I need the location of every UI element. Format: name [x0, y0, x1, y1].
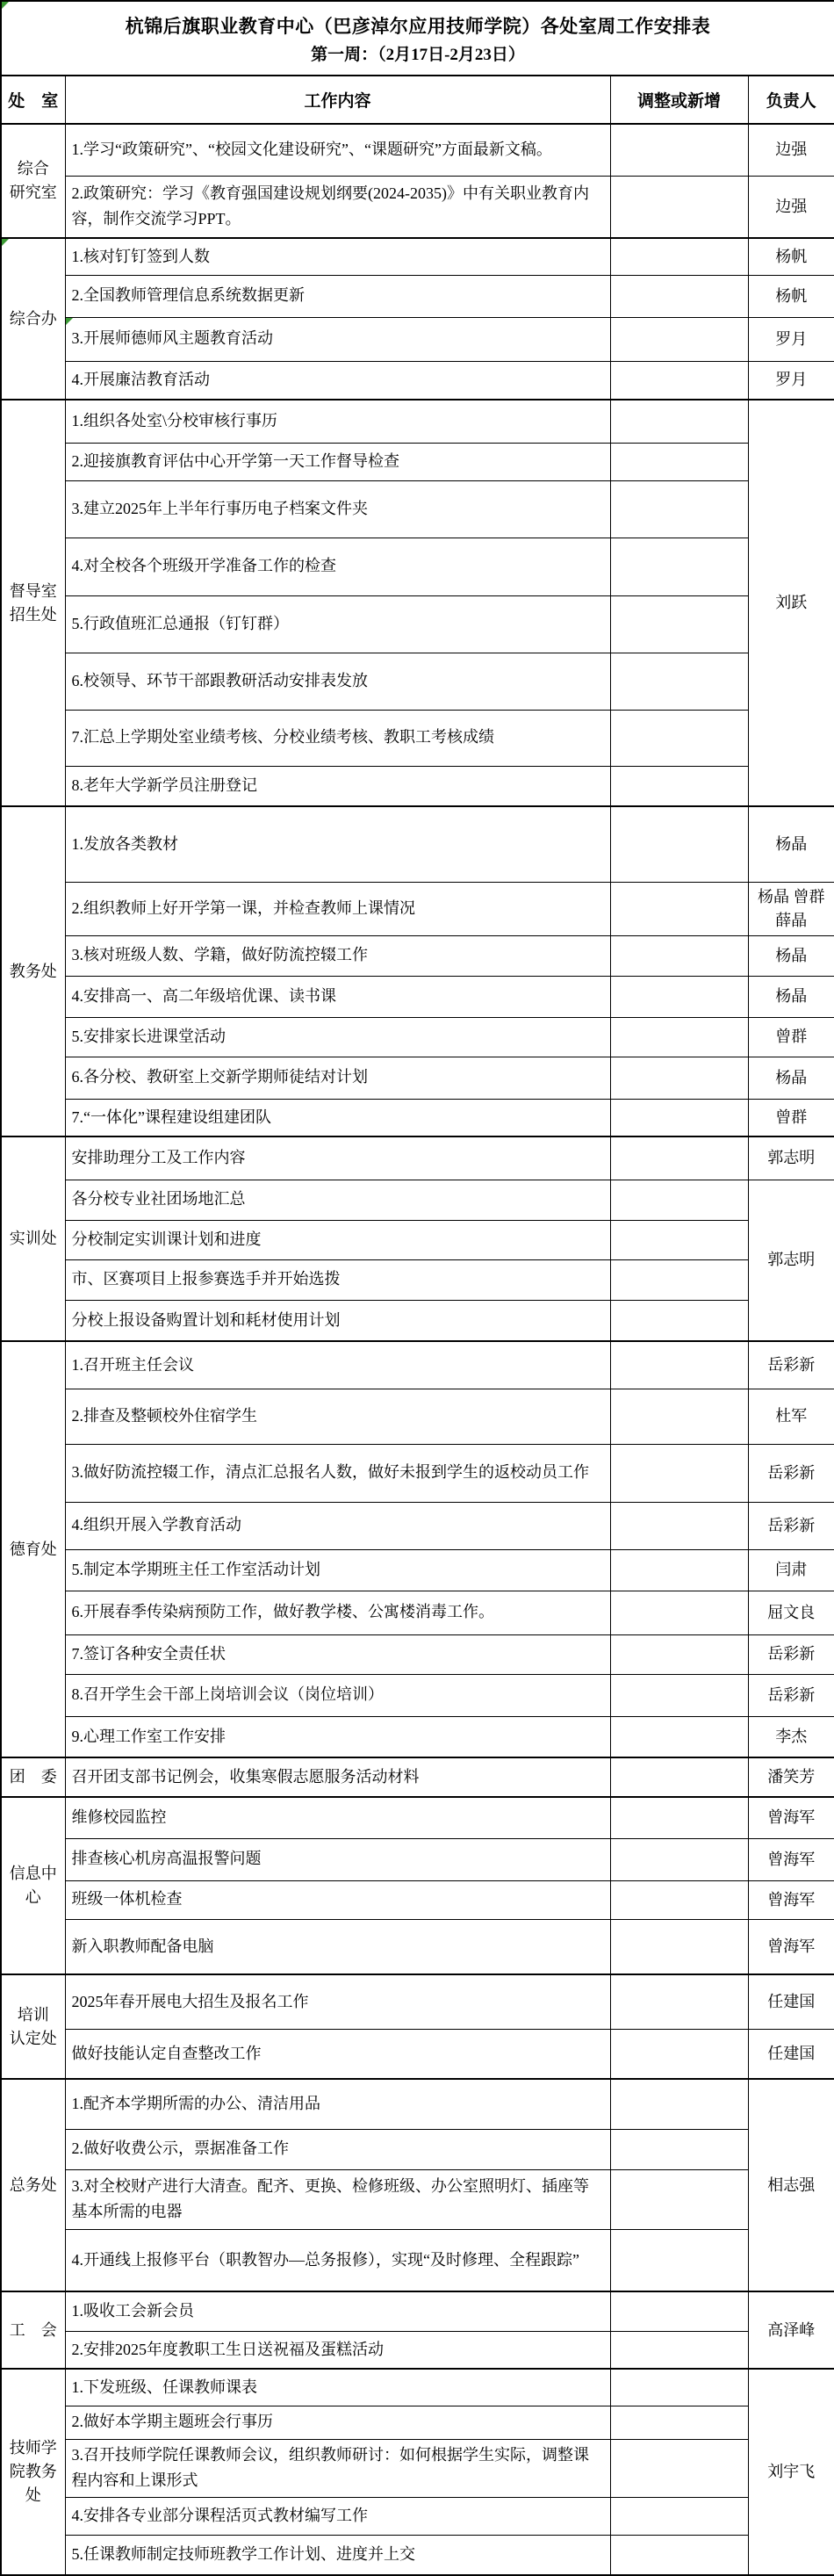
person-cell: 杨晶: [748, 935, 834, 976]
person-cell: 郭志明: [748, 1180, 834, 1341]
person-cell: 闫肃: [748, 1549, 834, 1591]
person-cell: 潘笑芳: [748, 1757, 834, 1797]
table-row: 2.迎接旗教育评估中心开学第一天工作督导检查: [1, 443, 834, 480]
person-cell: 岳彩新: [748, 1634, 834, 1674]
adjustment-cell: [610, 443, 748, 480]
adjustment-cell: [610, 2331, 748, 2369]
header-content: 工作内容: [65, 76, 610, 124]
adjustment-cell: [610, 124, 748, 176]
task-cell: 1.核对钉钉签到人数: [65, 238, 610, 275]
task-cell: 做好技能认定自查整改工作: [65, 2029, 610, 2079]
table-row: 4.开展廉洁教育活动 罗月: [1, 361, 834, 400]
table-row: 4.对全校各个班级开学准备工作的检查: [1, 538, 834, 595]
adjustment-cell: [610, 1549, 748, 1591]
adjustment-cell: [610, 976, 748, 1017]
table-row: 2.安排2025年度教职工生日送祝福及蛋糕活动: [1, 2331, 834, 2369]
adjustment-cell: [610, 1674, 748, 1716]
cell-comment-flag-icon: [2, 2, 9, 9]
person-cell: 曾群: [748, 1017, 834, 1057]
table-row: 实训处 安排助理分工及工作内容 郭志明: [1, 1136, 834, 1180]
person-cell: 李杰: [748, 1716, 834, 1757]
task-cell: 1.召开班主任会议: [65, 1341, 610, 1389]
adjustment-cell: [610, 1017, 748, 1057]
department-cell: 团 委: [1, 1757, 65, 1797]
task-cell: 分校制定实训课计划和进度: [65, 1220, 610, 1259]
table-row: 7.“一体化”课程建设组建团队 曾群: [1, 1099, 834, 1136]
table-row: 做好技能认定自查整改工作 任建国: [1, 2029, 834, 2079]
adjustment-cell: [610, 1099, 748, 1136]
table-row: 2.组织教师上好开学第一课，并检查教师上课情况 杨晶 曾群 薛晶: [1, 882, 834, 935]
person-cell: 罗月: [748, 361, 834, 400]
person-cell: 杜军: [748, 1389, 834, 1444]
table-row: 6.各分校、教研室上交新学期师徒结对计划 杨晶: [1, 1057, 834, 1099]
table-row: 3.召开技师学院任课教师会议，组织教师研讨：如何根据学生实际，调整课程内容和上课…: [1, 2439, 834, 2497]
person-cell: 杨晶: [748, 1057, 834, 1099]
adjustment-cell: [610, 1502, 748, 1549]
table-row: 3.做好防流控辍工作，清点汇总报名人数，做好未报到学生的返校动员工作 岳彩新: [1, 1444, 834, 1502]
table-row: 5.行政值班汇总通报（钉钉群）: [1, 595, 834, 653]
department-cell: 德育处: [1, 1341, 65, 1757]
person-cell: 罗月: [748, 317, 834, 361]
task-label: 3.开展师德师风主题教育活动: [72, 329, 274, 347]
person-cell: 刘宇飞: [748, 2369, 834, 2575]
task-cell: 2.组织教师上好开学第一课，并检查教师上课情况: [65, 882, 610, 935]
table-row: 2.做好收费公示，票据准备工作: [1, 2129, 834, 2169]
header-person: 负责人: [748, 76, 834, 124]
person-cell: 杨晶: [748, 806, 834, 882]
table-row: 市、区赛项目上报参赛选手并开始选拨: [1, 1259, 834, 1300]
adjustment-cell: [610, 2291, 748, 2331]
task-cell: 7.签订各种安全责任状: [65, 1634, 610, 1674]
task-cell: 5.任课教师制定技师班教学工作计划、进度并上交: [65, 2535, 610, 2575]
department-cell: 教务处: [1, 806, 65, 1136]
task-cell: 4.开通线上报修平台（职教智办—总务报修），实现“及时修理、全程跟踪”: [65, 2229, 610, 2291]
adjustment-cell: [610, 317, 748, 361]
task-cell: 2.做好本学期主题班会行事历: [65, 2406, 610, 2439]
department-cell: 综合办: [1, 238, 65, 400]
table-row: 2.政策研究：学习《教育强国建设规划纲要(2024-2035)》中有关职业教育内…: [1, 176, 834, 238]
table-row: 7.汇总上学期处室业绩考核、分校业绩考核、教职工考核成绩: [1, 710, 834, 766]
table-row: 德育处 1.召开班主任会议 岳彩新: [1, 1341, 834, 1389]
header-row: 处 室 工作内容 调整或新增 负责人: [1, 76, 834, 124]
table-row: 综合 研究室 1.学习“政策研究”、“校园文化建设研究”、“课题研究”方面最新文…: [1, 124, 834, 176]
task-cell: 2.排查及整顿校外住宿学生: [65, 1389, 610, 1444]
adjustment-cell: [610, 1919, 748, 1974]
task-cell: 7.“一体化”课程建设组建团队: [65, 1099, 610, 1136]
cell-comment-flag-icon: [66, 318, 73, 325]
task-cell: 5.行政值班汇总通报（钉钉群）: [65, 595, 610, 653]
task-cell: 6.校领导、环节干部跟教研活动安排表发放: [65, 653, 610, 710]
department-cell: 实训处: [1, 1136, 65, 1341]
department-cell: 综合 研究室: [1, 124, 65, 238]
person-cell: 杨晶: [748, 976, 834, 1017]
adjustment-cell: [610, 1300, 748, 1341]
person-cell: 岳彩新: [748, 1674, 834, 1716]
adjustment-cell: [610, 1136, 748, 1180]
department-label: 综合办: [10, 310, 57, 328]
task-cell: 3.建立2025年上半年行事历电子档案文件夹: [65, 480, 610, 538]
adjustment-cell: [610, 766, 748, 806]
table-row: 3.建立2025年上半年行事历电子档案文件夹: [1, 480, 834, 538]
person-cell: 杨帆: [748, 238, 834, 275]
task-cell: 班级一体机检查: [65, 1880, 610, 1919]
task-cell: 9.心理工作室工作安排: [65, 1716, 610, 1757]
task-cell: 4.安排高一、高二年级培优课、读书课: [65, 976, 610, 1017]
adjustment-cell: [610, 2497, 748, 2535]
adjustment-cell: [610, 2535, 748, 2575]
adjustment-cell: [610, 480, 748, 538]
week-subtitle: 第一周：（2月17日-2月23日）: [3, 41, 833, 65]
table-row: 分校制定实训课计划和进度: [1, 1220, 834, 1259]
table-row: 排查核心机房高温报警问题 曾海军: [1, 1838, 834, 1880]
task-cell: 召开团支部书记例会，收集寒假志愿服务活动材料: [65, 1757, 610, 1797]
header-adjust: 调整或新增: [610, 76, 748, 124]
department-cell: 工 会: [1, 2291, 65, 2369]
adjustment-cell: [610, 2079, 748, 2129]
weekly-schedule-table: 杭锦后旗职业教育中心（巴彦淖尔应用技师学院）各处室周工作安排表 第一周：（2月1…: [0, 0, 834, 2576]
table-row: 教务处 1.发放各类教材 杨晶: [1, 806, 834, 882]
task-cell: 1.发放各类教材: [65, 806, 610, 882]
adjustment-cell: [610, 1757, 748, 1797]
table-row: 分校上报设备购置计划和耗材使用计划: [1, 1300, 834, 1341]
cell-comment-flag-icon: [2, 239, 9, 246]
table-row: 各分校专业社团场地汇总 郭志明: [1, 1180, 834, 1220]
adjustment-cell: [610, 1880, 748, 1919]
person-cell: 郭志明: [748, 1136, 834, 1180]
task-cell: 新入职教师配备电脑: [65, 1919, 610, 1974]
adjustment-cell: [610, 1220, 748, 1259]
table-row: 7.签订各种安全责任状 岳彩新: [1, 1634, 834, 1674]
adjustment-cell: [610, 400, 748, 443]
adjustment-cell: [610, 238, 748, 275]
task-cell: 各分校专业社团场地汇总: [65, 1180, 610, 1220]
table-row: 新入职教师配备电脑 曾海军: [1, 1919, 834, 1974]
task-cell: 市、区赛项目上报参赛选手并开始选拨: [65, 1259, 610, 1300]
task-cell: 4.组织开展入学教育活动: [65, 1502, 610, 1549]
person-cell: 岳彩新: [748, 1444, 834, 1502]
adjustment-cell: [610, 2129, 748, 2169]
table-row: 5.安排家长进课堂活动 曾群: [1, 1017, 834, 1057]
task-cell: 1.配齐本学期所需的办公、清洁用品: [65, 2079, 610, 2129]
person-cell: 杨帆: [748, 275, 834, 317]
table-row: 6.开展春季传染病预防工作，做好教学楼、公寓楼消毒工作。 屈文良: [1, 1591, 834, 1634]
task-cell: 8.召开学生会干部上岗培训会议（岗位培训）: [65, 1674, 610, 1716]
table-row: 综合办 1.核对钉钉签到人数 杨帆: [1, 238, 834, 275]
table-row: 3.对全校财产进行大清查。配齐、更换、检修班级、办公室照明灯、插座等基本所需的电…: [1, 2169, 834, 2229]
table-row: 8.召开学生会干部上岗培训会议（岗位培训） 岳彩新: [1, 1674, 834, 1716]
task-cell: 安排助理分工及工作内容: [65, 1136, 610, 1180]
department-cell: 督导室 招生处: [1, 400, 65, 806]
table-row: 5.任课教师制定技师班教学工作计划、进度并上交: [1, 2535, 834, 2575]
adjustment-cell: [610, 275, 748, 317]
task-cell: 3.开展师德师风主题教育活动: [65, 317, 610, 361]
table-row: 5.制定本学期班主任工作室活动计划 闫肃: [1, 1549, 834, 1591]
adjustment-cell: [610, 2369, 748, 2406]
task-cell: 4.安排各专业部分课程活页式教材编写工作: [65, 2497, 610, 2535]
person-cell: 曾群: [748, 1099, 834, 1136]
adjustment-cell: [610, 1180, 748, 1220]
table-row: 2.排查及整顿校外住宿学生 杜军: [1, 1389, 834, 1444]
title-row: 杭锦后旗职业教育中心（巴彦淖尔应用技师学院）各处室周工作安排表 第一周：（2月1…: [1, 1, 834, 76]
task-cell: 2.政策研究：学习《教育强国建设规划纲要(2024-2035)》中有关职业教育内…: [65, 176, 610, 238]
task-cell: 2.迎接旗教育评估中心开学第一天工作督导检查: [65, 443, 610, 480]
adjustment-cell: [610, 176, 748, 238]
table-row: 3.开展师德师风主题教育活动 罗月: [1, 317, 834, 361]
adjustment-cell: [610, 1389, 748, 1444]
table-row: 工 会 1.吸收工会新会员 高泽峰: [1, 2291, 834, 2331]
task-cell: 2.全国教师管理信息系统数据更新: [65, 275, 610, 317]
adjustment-cell: [610, 1057, 748, 1099]
adjustment-cell: [610, 538, 748, 595]
task-cell: 1.组织各处室\分校审核行事历: [65, 400, 610, 443]
person-cell: 曾海军: [748, 1838, 834, 1880]
adjustment-cell: [610, 1838, 748, 1880]
adjustment-cell: [610, 1591, 748, 1634]
person-cell: 边强: [748, 124, 834, 176]
table-row: 4.安排各专业部分课程活页式教材编写工作: [1, 2497, 834, 2535]
task-cell: 2.做好收费公示，票据准备工作: [65, 2129, 610, 2169]
adjustment-cell: [610, 710, 748, 766]
task-cell: 3.对全校财产进行大清查。配齐、更换、检修班级、办公室照明灯、插座等基本所需的电…: [65, 2169, 610, 2229]
adjustment-cell: [610, 595, 748, 653]
table-row: 3.核对班级人数、学籍，做好防流控辍工作 杨晶: [1, 935, 834, 976]
person-cell: 相志强: [748, 2079, 834, 2291]
table-row: 技师学 院教务 处 1.下发班级、任课教师课表 刘宇飞: [1, 2369, 834, 2406]
table-row: 2.做好本学期主题班会行事历: [1, 2406, 834, 2439]
table-row: 6.校领导、环节干部跟教研活动安排表发放: [1, 653, 834, 710]
person-cell: 岳彩新: [748, 1341, 834, 1389]
task-cell: 8.老年大学新学员注册登记: [65, 766, 610, 806]
department-cell: 技师学 院教务 处: [1, 2369, 65, 2575]
adjustment-cell: [610, 1974, 748, 2029]
task-cell: 维修校园监控: [65, 1797, 610, 1838]
task-cell: 5.制定本学期班主任工作室活动计划: [65, 1549, 610, 1591]
adjustment-cell: [610, 2406, 748, 2439]
task-cell: 3.核对班级人数、学籍，做好防流控辍工作: [65, 935, 610, 976]
person-cell: 曾海军: [748, 1919, 834, 1974]
task-cell: 4.开展廉洁教育活动: [65, 361, 610, 400]
person-cell: 任建国: [748, 2029, 834, 2079]
adjustment-cell: [610, 1341, 748, 1389]
adjustment-cell: [610, 2029, 748, 2079]
table-row: 8.老年大学新学员注册登记: [1, 766, 834, 806]
task-cell: 3.做好防流控辍工作，清点汇总报名人数，做好未报到学生的返校动员工作: [65, 1444, 610, 1502]
task-cell: 2025年春开展电大招生及报名工作: [65, 1974, 610, 2029]
table-row: 4.开通线上报修平台（职教智办—总务报修），实现“及时修理、全程跟踪”: [1, 2229, 834, 2291]
department-cell: 总务处: [1, 2079, 65, 2291]
person-cell: 岳彩新: [748, 1502, 834, 1549]
adjustment-cell: [610, 2229, 748, 2291]
adjustment-cell: [610, 2169, 748, 2229]
person-cell: 刘跃: [748, 400, 834, 806]
adjustment-cell: [610, 806, 748, 882]
department-cell: 信息中 心: [1, 1797, 65, 1974]
table-row: 2.全国教师管理信息系统数据更新 杨帆: [1, 275, 834, 317]
table-row: 总务处 1.配齐本学期所需的办公、清洁用品 相志强: [1, 2079, 834, 2129]
adjustment-cell: [610, 1634, 748, 1674]
table-row: 督导室 招生处 1.组织各处室\分校审核行事历 刘跃: [1, 400, 834, 443]
person-cell: 曾海军: [748, 1880, 834, 1919]
table-row: 4.安排高一、高二年级培优课、读书课 杨晶: [1, 976, 834, 1017]
task-cell: 4.对全校各个班级开学准备工作的检查: [65, 538, 610, 595]
adjustment-cell: [610, 1797, 748, 1838]
task-cell: 1.吸收工会新会员: [65, 2291, 610, 2331]
page-title: 杭锦后旗职业教育中心（巴彦淖尔应用技师学院）各处室周工作安排表: [3, 12, 833, 39]
person-cell: 任建国: [748, 1974, 834, 2029]
adjustment-cell: [610, 653, 748, 710]
person-cell: 屈文良: [748, 1591, 834, 1634]
adjustment-cell: [610, 1444, 748, 1502]
task-cell: 3.召开技师学院任课教师会议，组织教师研讨：如何根据学生实际，调整课程内容和上课…: [65, 2439, 610, 2497]
person-cell: 曾海军: [748, 1797, 834, 1838]
adjustment-cell: [610, 1716, 748, 1757]
task-cell: 分校上报设备购置计划和耗材使用计划: [65, 1300, 610, 1341]
task-cell: 排查核心机房高温报警问题: [65, 1838, 610, 1880]
person-cell: 高泽峰: [748, 2291, 834, 2369]
adjustment-cell: [610, 882, 748, 935]
table-row: 培训 认定处 2025年春开展电大招生及报名工作 任建国: [1, 1974, 834, 2029]
table-row: 信息中 心 维修校园监控 曾海军: [1, 1797, 834, 1838]
task-cell: 1.下发班级、任课教师课表: [65, 2369, 610, 2406]
table-row: 9.心理工作室工作安排 李杰: [1, 1716, 834, 1757]
title-cell: 杭锦后旗职业教育中心（巴彦淖尔应用技师学院）各处室周工作安排表 第一周：（2月1…: [1, 1, 834, 76]
task-cell: 5.安排家长进课堂活动: [65, 1017, 610, 1057]
adjustment-cell: [610, 935, 748, 976]
person-cell: 边强: [748, 176, 834, 238]
person-cell: 杨晶 曾群 薛晶: [748, 882, 834, 935]
task-cell: 1.学习“政策研究”、“校园文化建设研究”、“课题研究”方面最新文稿。: [65, 124, 610, 176]
department-cell: 培训 认定处: [1, 1974, 65, 2079]
adjustment-cell: [610, 361, 748, 400]
task-cell: 6.开展春季传染病预防工作，做好教学楼、公寓楼消毒工作。: [65, 1591, 610, 1634]
adjustment-cell: [610, 2439, 748, 2497]
adjustment-cell: [610, 1259, 748, 1300]
table-row: 班级一体机检查 曾海军: [1, 1880, 834, 1919]
task-cell: 6.各分校、教研室上交新学期师徒结对计划: [65, 1057, 610, 1099]
task-cell: 7.汇总上学期处室业绩考核、分校业绩考核、教职工考核成绩: [65, 710, 610, 766]
task-cell: 2.安排2025年度教职工生日送祝福及蛋糕活动: [65, 2331, 610, 2369]
table-row: 4.组织开展入学教育活动 岳彩新: [1, 1502, 834, 1549]
table-row: 团 委 召开团支部书记例会，收集寒假志愿服务活动材料 潘笑芳: [1, 1757, 834, 1797]
header-department: 处 室: [1, 76, 65, 124]
